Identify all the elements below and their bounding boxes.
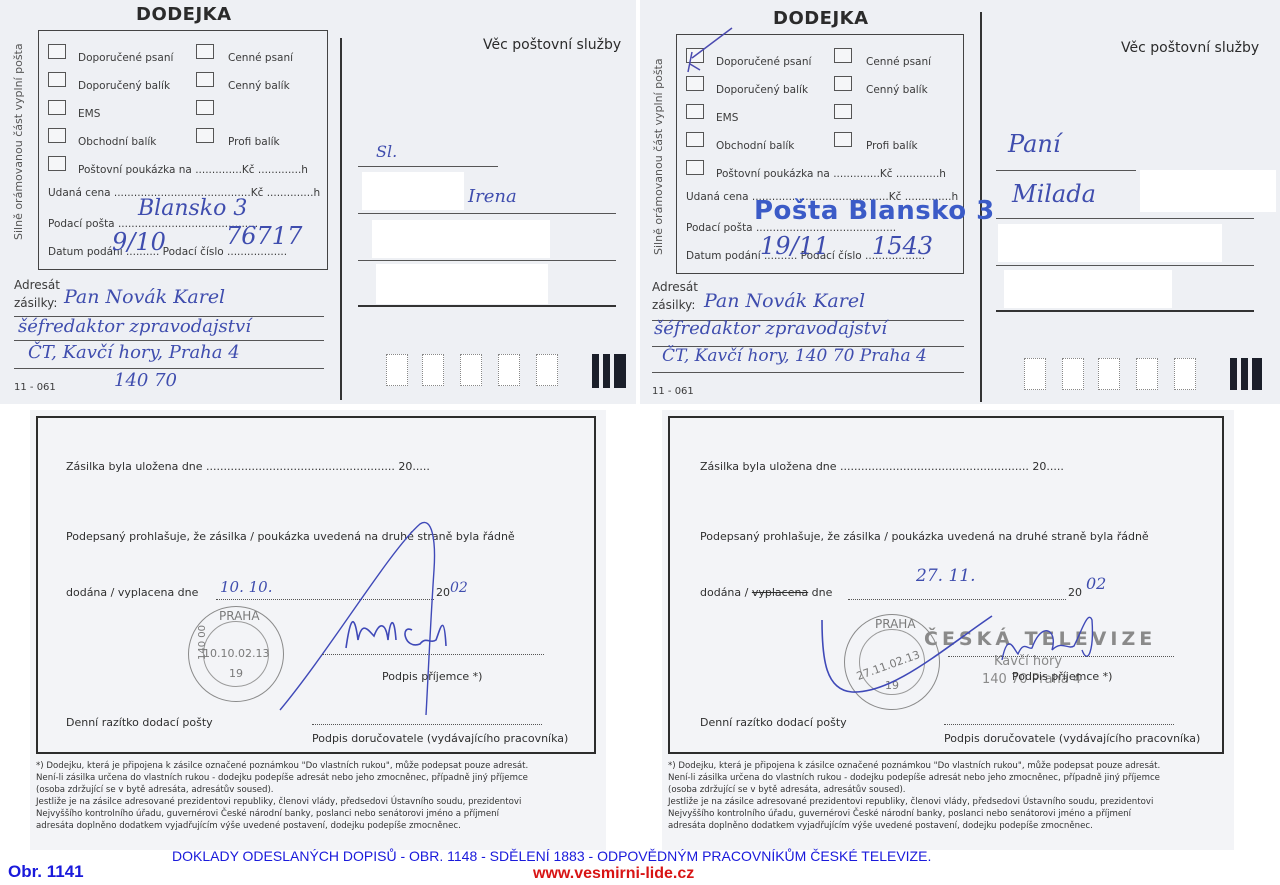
option-label: Doporučené psaní xyxy=(78,52,173,64)
checkbox-cenne-psani[interactable] xyxy=(196,44,214,59)
sender-line xyxy=(996,310,1254,312)
barcode-mark xyxy=(592,354,599,388)
handwritten-delivery-date: 27. 11. xyxy=(916,566,975,586)
code-box xyxy=(422,354,444,386)
recipient-signature-label: Podpis příjemce *) xyxy=(382,670,482,683)
code-box xyxy=(536,354,558,386)
option-label: Profi balík xyxy=(866,140,918,152)
checkbox-profi-balik[interactable] xyxy=(196,128,214,143)
sender-line xyxy=(996,265,1254,266)
checkbox-blank[interactable] xyxy=(196,100,214,115)
dotted-line xyxy=(948,656,1174,657)
handwritten-year: 02 xyxy=(1086,574,1106,593)
recipient-signature-label: Podpis příjemce *) xyxy=(1012,670,1112,683)
sender-line xyxy=(996,218,1254,219)
checkbox-cenny-balik[interactable] xyxy=(834,76,852,91)
postmark-code: 140 00 xyxy=(197,625,208,660)
redaction-block xyxy=(1004,270,1172,308)
code-box xyxy=(1136,358,1158,390)
checkbox-profi-balik[interactable] xyxy=(834,132,852,147)
code-box xyxy=(498,354,520,386)
handwritten-sender: Milada xyxy=(1012,180,1096,208)
website-link[interactable]: www.vesmirni-lide.cz xyxy=(533,865,694,883)
handwritten-posting-date: 9/10 xyxy=(112,228,166,256)
footnote-line: Není-li zásilka určena do vlastních ruko… xyxy=(36,772,596,784)
footnote-line: *) Dodejku, která je připojena k zásilce… xyxy=(668,760,1224,772)
checkbox-ems[interactable] xyxy=(686,104,704,119)
checkbox-doporuceny-balik[interactable] xyxy=(686,76,704,91)
form-title: DODEJKA xyxy=(773,8,869,29)
redaction-block xyxy=(1140,170,1276,212)
postmark-office: 19 xyxy=(229,667,243,680)
declaration-text: Podepsaný prohlašuje, že zásilka / pouká… xyxy=(700,530,1149,543)
dotted-line xyxy=(848,599,1066,600)
code-box xyxy=(460,354,482,386)
address-line xyxy=(14,368,324,369)
option-label: EMS xyxy=(78,108,100,120)
stored-on-label: Zásilka byla uložena dne ...............… xyxy=(66,460,430,473)
redaction-block xyxy=(998,224,1222,262)
postmark-city: PRAHA xyxy=(219,609,260,623)
postmark-date: 10.10.02.13 xyxy=(203,647,269,660)
checkbox-doporucene-psani[interactable] xyxy=(48,44,66,59)
footnote-line: (osoba zdržující se v bytě adresáta, adr… xyxy=(36,784,596,796)
option-label: Cenné psaní xyxy=(866,56,931,68)
form-code: 11 - 061 xyxy=(14,382,56,393)
footnote-line: Nejvyššího kontrolního úřadu, guvernérov… xyxy=(36,808,596,820)
year-prefix: 20 xyxy=(1068,586,1082,599)
checkbox-obchodni-balik[interactable] xyxy=(48,128,66,143)
delivered-suffix: dne xyxy=(174,586,198,599)
footnote-line: adresáta doplněno dodatkem vyjadřujícím … xyxy=(36,820,596,832)
dotted-line xyxy=(944,724,1174,725)
handwritten-addressee-line: šéfredaktor zpravodajství xyxy=(18,316,251,337)
checkbox-blank[interactable] xyxy=(834,104,852,119)
barcode-mark xyxy=(603,354,610,388)
carrier-signature-label: Podpis doručovatele (vydávajícího pracov… xyxy=(944,732,1200,745)
code-box xyxy=(1062,358,1084,390)
checkbox-doporuceny-balik[interactable] xyxy=(48,72,66,87)
sender-line xyxy=(358,260,616,261)
stored-on-label: Zásilka byla uložena dne ...............… xyxy=(700,460,1064,473)
checkbox-postovni-poukazka[interactable] xyxy=(48,156,66,171)
handwritten-posting-number: 76717 xyxy=(226,222,302,250)
receipt-back-right: Zásilka byla uložena dne ...............… xyxy=(662,410,1234,850)
daily-stamp-label: Denní razítko dodací pošty xyxy=(66,716,213,729)
barcode-mark xyxy=(1252,358,1262,390)
dotted-line xyxy=(312,724,542,725)
divider-line xyxy=(340,38,342,400)
barcode-mark xyxy=(1230,358,1237,390)
option-label: Doporučené psaní xyxy=(716,56,811,68)
sender-line xyxy=(358,166,498,167)
checkbox-postovni-poukazka[interactable] xyxy=(686,160,704,175)
checkbox-obchodni-balik[interactable] xyxy=(686,132,704,147)
footnote-line: adresáta doplněno dodatkem vyjadřujícím … xyxy=(668,820,1224,832)
handwritten-addressee-line: Pan Novák Karel xyxy=(704,290,865,312)
vertical-note: Silně orámovanou část vyplní pošta xyxy=(652,58,665,255)
delivered-line: dodána / vyplacena dne xyxy=(66,586,198,599)
recipient-signature-icon xyxy=(812,610,1142,700)
handwritten-sender: Sl. xyxy=(376,142,397,161)
option-label: Obchodní balík xyxy=(78,136,156,148)
postal-order-label: Poštovní poukázka na ..............Kč ..… xyxy=(716,168,946,180)
recipient-signature-icon xyxy=(340,600,490,660)
delivered-prefix: dodána / xyxy=(700,586,752,599)
code-box xyxy=(1098,358,1120,390)
paid-word: vyplacena xyxy=(118,586,174,599)
redaction-block xyxy=(372,220,550,258)
option-label: Doporučený balík xyxy=(716,84,808,96)
checkbox-ems[interactable] xyxy=(48,100,66,115)
handwritten-addressee-line: Pan Novák Karel xyxy=(64,286,225,308)
redaction-block xyxy=(376,264,548,304)
address-line xyxy=(652,372,964,373)
address-line xyxy=(14,340,324,341)
code-box xyxy=(1174,358,1196,390)
caption-headline: DOKLADY ODESLANÝCH DOPISŮ - OBR. 1148 - … xyxy=(172,848,931,864)
handwritten-delivery-date: 10. 10. xyxy=(220,578,272,596)
figure-label: Obr. 1141 xyxy=(8,862,84,882)
option-label: Cenný balík xyxy=(228,80,290,92)
receipt-front-left: DODEJKA Silně orámovanou část vyplní poš… xyxy=(0,0,636,404)
vertical-note: Silně orámovanou část vyplní pošta xyxy=(12,43,25,240)
option-label: Cenný balík xyxy=(866,84,928,96)
barcode-mark xyxy=(1241,358,1248,390)
option-label: EMS xyxy=(716,112,738,124)
dotted-line xyxy=(322,654,544,655)
form-code: 11 - 061 xyxy=(652,386,694,397)
addressee-label: Adresát xyxy=(14,278,60,292)
handwritten-addressee-line: ČT, Kavčí hory, Praha 4 xyxy=(28,342,240,363)
footnote: *) Dodejku, která je připojena k zásilce… xyxy=(668,760,1224,832)
code-box xyxy=(1024,358,1046,390)
footnote-line: Nejvyššího kontrolního úřadu, guvernérov… xyxy=(668,808,1224,820)
posting-office-stamp: Pošta Blansko 3 xyxy=(754,196,995,226)
footnote: *) Dodejku, která je připojena k zásilce… xyxy=(36,760,596,832)
handwritten-year: 02 xyxy=(450,580,468,596)
carrier-signature-label: Podpis doručovatele (vydávajícího pracov… xyxy=(312,732,568,745)
handwritten-posting-number: 1543 xyxy=(872,232,933,260)
handwritten-addressee-line: ČT, Kavčí hory, 140 70 Praha 4 xyxy=(662,346,927,366)
footnote-line: (osoba zdržující se v bytě adresáta, adr… xyxy=(668,784,1224,796)
option-label: Obchodní balík xyxy=(716,140,794,152)
checkbox-cenny-balik[interactable] xyxy=(196,72,214,87)
footnote-line: Není-li zásilka určena do vlastních ruko… xyxy=(668,772,1224,784)
footnote-line: Jestliže je na zásilce adresované prezid… xyxy=(668,796,1224,808)
sender-line xyxy=(996,170,1136,171)
service-label: Věc poštovní služby xyxy=(483,37,621,53)
postal-order-label: Poštovní poukázka na ..............Kč ..… xyxy=(78,164,308,176)
delivered-line: dodána / vyplacena dne xyxy=(700,586,832,599)
paid-word-struck: vyplacena xyxy=(752,586,808,599)
addressee-label-2: zásilky: xyxy=(652,298,695,312)
sender-line xyxy=(358,305,616,307)
daily-stamp-label: Denní razítko dodací pošty xyxy=(700,716,847,729)
delivered-prefix: dodána / xyxy=(66,586,118,599)
handwritten-sender: Irena xyxy=(468,186,517,207)
addressee-label: Adresát xyxy=(652,280,698,294)
form-title: DODEJKA xyxy=(136,4,232,25)
handwritten-posting-date: 19/11 xyxy=(760,232,829,260)
redaction-block xyxy=(362,172,464,210)
barcode-mark xyxy=(614,354,626,388)
code-box xyxy=(386,354,408,386)
footnote-line: Jestliže je na zásilce adresované prezid… xyxy=(36,796,596,808)
option-label: Profi balík xyxy=(228,136,280,148)
handwritten-sender: Paní xyxy=(1008,130,1061,158)
handwritten-posting-office: Blansko 3 xyxy=(138,196,247,221)
sender-line xyxy=(358,213,616,214)
checkbox-cenne-psani[interactable] xyxy=(834,48,852,63)
handwritten-addressee-line: šéfredaktor zpravodajství xyxy=(654,318,887,339)
handwritten-addressee-line: 140 70 xyxy=(114,370,177,391)
postmark-stamp: PRAHA 10.10.02.13 19 140 00 xyxy=(188,606,284,702)
service-label: Věc poštovní služby xyxy=(1121,40,1259,56)
option-label: Doporučený balík xyxy=(78,80,170,92)
footnote-line: *) Dodejku, která je připojena k zásilce… xyxy=(36,760,596,772)
receipt-back-left: Zásilka byla uložena dne ...............… xyxy=(30,410,606,850)
delivered-suffix: dne xyxy=(808,586,832,599)
receipt-front-right: DODEJKA Silně orámovanou část vyplní poš… xyxy=(640,0,1280,404)
addressee-label-2: zásilky: xyxy=(14,296,57,310)
option-label: Cenné psaní xyxy=(228,52,293,64)
